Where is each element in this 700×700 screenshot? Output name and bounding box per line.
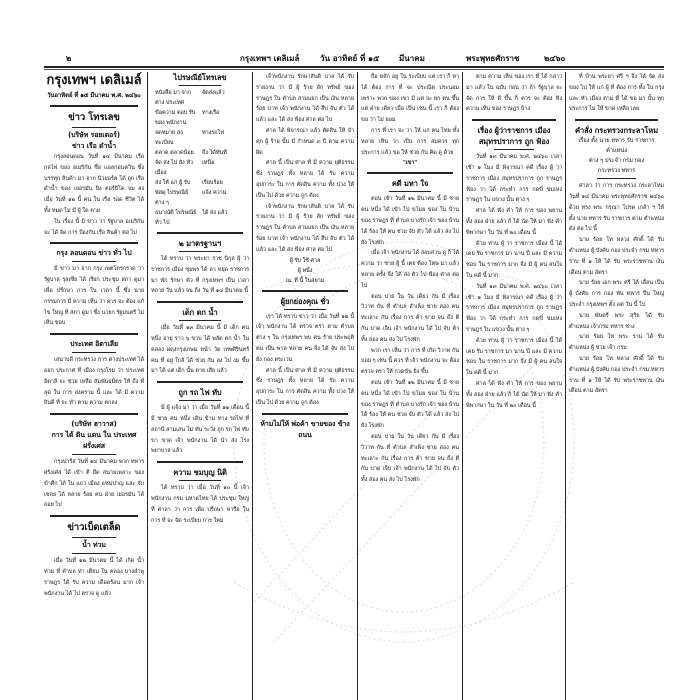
divider (157, 301, 243, 303)
signature-block: ผู้ รับ ใช้ ศาล ผู้ หนึ่ง ณ. ที่ นี้ ในส… (256, 256, 354, 286)
section-heading-child-drowned: เด็ก ตก น้ำ (151, 307, 249, 318)
subheading-london: กรุง ลอนดอน ข่าว ทั่ว ไป (44, 248, 144, 259)
section-heading-defense-order: คำสั่ง กระทรวงกระลาโหม (569, 125, 664, 136)
article-paragraph: วันที่ ๑๓ มีนาคม พ.ศ. ๒๔๖๐ เวลา เช้า ๑ โ… (466, 282, 562, 336)
table-cell: จดหมาย ลงทะเบียน (155, 128, 198, 148)
article-paragraph: ได้ ทราบ ว่า เมื่อ วันที่ ๑๐ นี้ เจ้าพนั… (151, 483, 249, 526)
column-rule (147, 72, 148, 700)
section-heading-train-accident: ถูก รถ ไฟ ทับ (151, 387, 249, 398)
divider (50, 413, 138, 415)
masthead-rule (44, 66, 664, 68)
article-paragraph: นาย ร้อย โท พระ ราม ได้ รับ ตำแหน่ง ผู้ … (569, 332, 664, 354)
divider (262, 290, 348, 292)
article-paragraph: การ ที่ เรา จะ ว่า ให้ แก่ คน ไทย ทั้ง ห… (361, 126, 459, 158)
article-paragraph: กรุงปารีส วันที่ ๑๔ มีนาคม พวก ทหาร ฝรั่… (44, 457, 144, 511)
column-rule (252, 72, 253, 700)
divider (472, 119, 556, 121)
article-paragraph: ศาล นี้ เป็น ศาล ที่ มี ความ ยุติธรรม ซึ… (256, 158, 354, 201)
section-heading-case: คดี มหา ใจ (361, 178, 459, 189)
date-weekday: วัน อาทิตย์ ที่ ๑๕ (320, 52, 379, 65)
divider (367, 172, 453, 174)
subheading-submarine: ข่าว เรือ ดำน้ำ (44, 141, 144, 152)
table-cell: ตลาด ตลาดน้อย (155, 148, 198, 158)
signature-line: ณ. ที่ นี้ ในสยาม (256, 276, 354, 286)
table-cell: แจ้ง ความ (202, 188, 245, 208)
subheading-italy: ประเทศ อิตาเลีย (44, 339, 144, 350)
subheading-reuters: (บริษัท รอยเตอร์) (44, 130, 144, 141)
article-paragraph: นาย พันตรี พระ สุริย ได้ รับ ตำแหน่ง เจ้… (569, 311, 664, 333)
article-paragraph: ตอน เช้า วันที่ ๑๒ มีนาคม นี้ มี ชาย คน … (361, 378, 459, 432)
newspaper-page: ๒ กรุงเทพฯ เดลิเมล์ วัน อาทิตย์ ที่ ๑๕ ม… (44, 52, 664, 700)
column-4: ถือ หลัก อยู่ ใน ระเบียบ แต่ เรา ก็ หา ไ… (361, 72, 459, 700)
divider (72, 261, 116, 262)
article-paragraph: ตอน เช้า วันที่ ๑๒ มีนาคม นี้ มี ชาย คน … (361, 194, 459, 248)
divider (72, 454, 116, 455)
signature-line: ผู้ รับ ใช้ ศาล (256, 256, 354, 266)
column-3: เจ้าพนักงาน รักษาสันติ บาล ได้ รับ รายงา… (256, 72, 354, 700)
article-paragraph: เสนาบดี กระทรวง การ ต่างประเทศ ได้ ออก ป… (44, 355, 144, 409)
article-paragraph: นาย ร้อย โท หลวง ศักดิ์ ได้ รับ ตำแหน่ง … (569, 354, 664, 397)
divider (157, 381, 243, 383)
article-paragraph: ถือ หลัก อยู่ ใน ระเบียบ แต่ เรา ก็ หา ไ… (361, 72, 459, 126)
article-paragraph: ศาล นี้ เป็น ศาล ที่ มี ความ ยุติธรรม ซึ… (256, 366, 354, 409)
table-cell: ธนาณัติ ไปรษณีย์ ทั่ว ไป (155, 208, 198, 228)
table-cell: ส่ง ให้ แก่ ผู้ รับ (155, 178, 198, 188)
article-paragraph: ศาล ได้ พิจารณา แล้ว ตัดสิน ให้ จำคุก ผู… (256, 126, 354, 158)
column-5: ตาม ความ เห็น ของ เรา ที่ ได้ กล่าว มา แ… (466, 72, 562, 700)
article-paragraph: ศาล ได้ ฟัง คำ ให้ การ ของ พยาน ทั้ง สอง… (466, 379, 562, 411)
section-heading-governor-2: สมุทรปราการ ถูก ฟ้อง (466, 136, 562, 147)
column-rule (565, 72, 566, 700)
article-paragraph: ที่ บ้าน พระยา ศรี ฯ จึง ได้ จัด ส่ง ของ… (569, 72, 664, 115)
article-paragraph: กรุงลอนดอน วันที่ ๑๔ มีนาคม เรือ กลไฟ ขอ… (44, 152, 144, 217)
subheading-france: การ ได้ ดิน แดน ใน ประเทศ ฝรั่งเศส (44, 430, 144, 452)
divider (72, 352, 116, 353)
section-heading-miscellaneous: ข่าวเบ็ดเตล็ด (44, 521, 144, 535)
article-paragraph: เจ้าพนักงาน รักษาสันติ บาล ได้ รับ รายงา… (256, 202, 354, 256)
divider (50, 515, 138, 517)
article-paragraph: ศาลา ว่า การ กระทรวง กระลาโหม วันที่ ๑๔ … (569, 181, 664, 235)
divider (179, 400, 221, 401)
article-paragraph: ตาม ความ เห็น ของ เรา ที่ ได้ กล่าว มา แ… (466, 72, 562, 115)
article-paragraph: วันที่ ๑๓ มีนาคม พ.ศ. ๒๔๖๐ เวลา เช้า ๑ โ… (466, 152, 562, 206)
table-cell: ได้ ส่ง แล้ว (202, 208, 245, 228)
subheading: เรื่อง ตั้ง นาย ทหาร รับ ราชการ ตำแหน่ง (569, 136, 664, 156)
dateline: วันอาทิตย์ ที่ ๑๕ มีนาคม พ.ศ. ๒๔๖๐ (44, 90, 144, 101)
article-paragraph: มี ผู้ แจ้ง มา ว่า เมื่อ วันที่ ๑๑ เดือน… (151, 403, 249, 457)
page-number: ๒ (66, 52, 71, 65)
paper-title: กรุงเทพฯ เดลิเมล์ (44, 72, 144, 90)
divider (494, 149, 534, 150)
column-6: ที่ บ้าน พระยา ศรี ฯ จึง ได้ จัด ส่ง ของ… (569, 72, 664, 700)
divider (597, 178, 636, 179)
divider (262, 413, 348, 415)
divider (50, 242, 138, 244)
article-paragraph: ได้ ทราบ ว่า พระยา ราช นิกุล ผู้ ว่า ราช… (151, 254, 249, 297)
column-1: กรุงเทพฯ เดลิเมล์ วันอาทิตย์ ที่ ๑๕ มีนา… (44, 72, 144, 700)
divider (179, 251, 221, 252)
divider (157, 461, 243, 463)
article-paragraph: พวก เรา เห็น ว่า การ ที่ เกิด วิวาท กัน … (361, 346, 459, 378)
article-paragraph: ใน เรื่อง นี้ มี ข่าว ว่า รัฐบาล อเมริกั… (44, 217, 144, 239)
divider (389, 191, 431, 192)
divider (50, 333, 138, 335)
divider (179, 480, 221, 481)
section-heading-post-telegraph: ไปรษณีย์โทรเลข (151, 72, 249, 83)
article-paragraph: เมื่อ วันที่ ๑๓ มีนาคม นี้ มี เด็ก คน หน… (151, 323, 249, 377)
article-paragraph: นาย ร้อย เอก พระ ศรี ได้ เลื่อน เป็น ผู้… (569, 278, 664, 310)
section-heading-governor: เรื่อง ผู้ว่าราชการ เมือง (466, 125, 562, 136)
article-paragraph: มี ข่าว มา จาก กรุง เพตโตรกราด ว่า รัฐบา… (44, 264, 144, 329)
subheading: ต่าง ๆ ประจำ กรม กอง (569, 156, 664, 166)
divider (575, 119, 658, 121)
article-paragraph: ตอน บ่าย ใน วัน เดียว กัน มี เรื่อง วิวา… (361, 292, 459, 346)
post-telegraph-table: หนังสือ มา จาก ต่าง ประเทศจัดส่งแล้ว ข้อ… (151, 88, 249, 228)
article-paragraph: เมื่อ เจ้า พนักงาน ได้ สอบสวน ดู ก็ ได้ … (361, 248, 459, 291)
subheading: กระทรวง ทหาร (569, 166, 664, 176)
divider (50, 105, 138, 107)
section-heading-street-vendors: ห้ามไม่ให้ พ่อค้า ขายของ ข้างถนน (256, 419, 354, 441)
date-year: ๒๔๖๐ (544, 52, 565, 65)
table-cell: จัด ส่ง ไป ยัง หัวเมือง (155, 158, 198, 178)
column-rule (357, 72, 358, 700)
article-paragraph: เจ้าพนักงาน รักษาสันติ บาล ได้ รับ รายงา… (256, 72, 354, 126)
date-month: มีนาคม (399, 52, 425, 65)
section-heading-praise: ผู้ยกย่องคุณ ชั่ว (256, 296, 354, 307)
table-cell: จัดส่งแล้ว (202, 88, 245, 108)
article-paragraph: ด้วย ท่าน ผู้ ว่า ราชการ เมือง นี้ ได้ เ… (466, 336, 562, 379)
section-heading-standards: ๒ มาตรฐานฯ (151, 238, 249, 249)
signature-line: ผู้ หนึ่ง (256, 266, 354, 276)
subheading-flood: น้ำ ท่วม (44, 540, 144, 551)
table-cell: เรียบร้อย (202, 178, 245, 188)
divider (179, 85, 221, 86)
article-paragraph: นาย ร้อย โท หลวง ศักดิ์ ได้ รับ ตำแหน่ง … (569, 235, 664, 278)
divider (72, 553, 116, 554)
article-paragraph: เมื่อ วันที่ ๑๒ มีนาคม นี้ ได้ เกิด น้ำ … (44, 556, 144, 599)
table-cell: หนังสือ มา จาก ต่าง ประเทศ (155, 88, 198, 108)
section-heading-telegraph-news: ข่าว โทรเลข (44, 111, 144, 125)
article-paragraph: ศาล ได้ ฟัง คำ ให้ การ ของ พยาน ทั้ง สอง… (466, 206, 562, 238)
table-cell: พัสดุ ไปรษณีย์ ต่าง ๆ (155, 188, 198, 208)
article-paragraph: ด้วย ท่าน ผู้ ว่า ราชการ เมือง นี้ ได้ เ… (466, 239, 562, 282)
article-paragraph: เรา ได้ ทราบ ข่าว ว่า เมื่อ วันที่ ๑๒ นี… (256, 312, 354, 366)
divider (284, 309, 326, 310)
subheading-havas: (บริษัท ฮาวาส) (44, 419, 144, 430)
divider (157, 232, 243, 234)
table-cell: ข้อความ ตอบ รับ ของ พนักงาน (155, 108, 198, 128)
column-rule (462, 72, 463, 700)
masthead: ๒ กรุงเทพฯ เดลิเมล์ วัน อาทิตย์ ที่ ๑๕ ม… (44, 52, 664, 66)
article-paragraph: ตอน บ่าย ใน วัน เดียว กัน มี เรื่อง วิวา… (361, 432, 459, 486)
table-cell: ทางรถไฟ (202, 128, 245, 148)
divider (179, 320, 221, 321)
section-heading-meeting: ความ ชมบุญ นิติ (151, 467, 249, 478)
paper-name: กรุงเทพฯ เดลิเมล์ (240, 52, 299, 65)
divider (72, 127, 116, 128)
masthead-rule-thin (44, 69, 664, 70)
table-cell: เหนือ (202, 158, 245, 178)
table-cell: ถึง ได้ทันที (202, 148, 245, 158)
date-era: พระพุทธศักราช (466, 52, 519, 65)
column-2: ไปรษณีย์โทรเลข หนังสือ มา จาก ต่าง ประเท… (151, 72, 249, 700)
divider (72, 537, 116, 538)
table-cell: ทางเรือ (202, 108, 245, 128)
quote-text: "เขา" (361, 158, 459, 168)
